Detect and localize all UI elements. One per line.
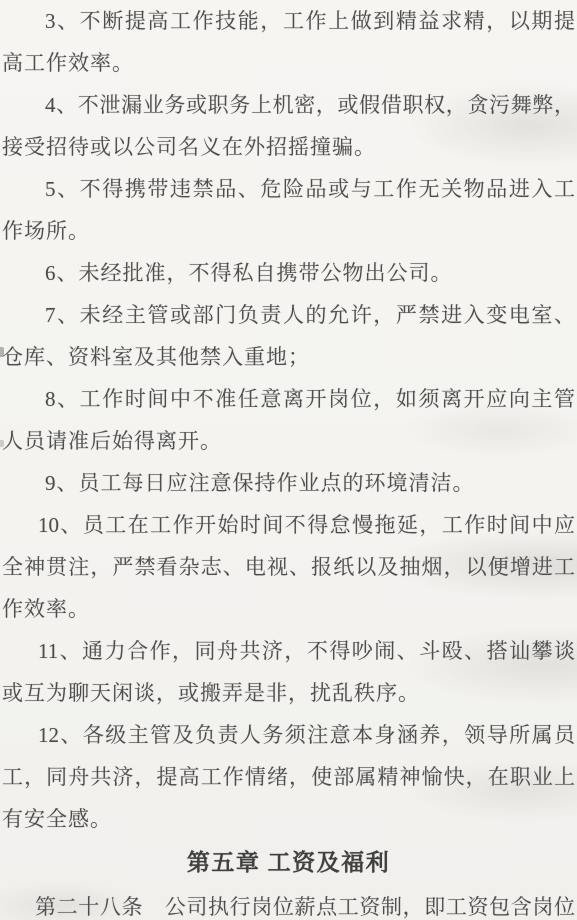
scanned-document-page: 3、不断提高工作技能，工作上做到精益求精，以期提 高工作效率。 4、不泄漏业务或… [0,0,577,920]
rule-12-line-3: 有安全感。 [0,798,577,840]
rule-3-line-1: 3、不断提高工作技能，工作上做到精益求精，以期提 [0,0,577,42]
rule-10-line-3: 作效率。 [0,588,577,630]
rule-7-line-2: 仓库、资料室及其他禁入重地； [0,336,577,378]
article-28-line-1: 第二十八条 公司执行岗位薪点工资制，即工资包含岗位 [0,886,577,920]
rule-11-line-1: 11、通力合作，同舟共济，不得吵闹、斗殴、搭讪攀谈 [0,630,577,672]
rule-8-line-1: 8、工作时间中不准任意离开岗位，如须离开应向主管 [0,378,577,420]
rule-11-line-2: 或互为聊天闲谈，或搬弄是非，扰乱秩序。 [0,672,577,714]
rule-12-line-1: 12、各级主管及负责人务须注意本身涵养，领导所属员 [0,714,577,756]
chapter-heading: 第五章 工资及福利 [0,840,577,886]
rule-4-line-1: 4、不泄漏业务或职务上机密，或假借职权，贪污舞弊， [0,84,577,126]
rule-10-line-2: 全神贯注，严禁看杂志、电视、报纸以及抽烟，以便增进工 [0,546,577,588]
rule-10-line-1: 10、员工在工作开始时间不得怠慢拖延，工作时间中应 [0,504,577,546]
rule-5-line-2: 作场所。 [0,210,577,252]
rule-3-line-2: 高工作效率。 [0,42,577,84]
rule-6-line-1: 6、未经批准，不得私自携带公物出公司。 [0,252,577,294]
rule-7-line-1: 7、未经主管或部门负责人的允许，严禁进入变电室、 [0,294,577,336]
rule-5-line-1: 5、不得携带违禁品、危险品或与工作无关物品进入工 [0,168,577,210]
rule-8-line-2: 人员请准后始得离开。 [0,420,577,462]
document-body: 3、不断提高工作技能，工作上做到精益求精，以期提 高工作效率。 4、不泄漏业务或… [0,0,577,920]
rule-9-line-1: 9、员工每日应注意保持作业点的环境清洁。 [0,462,577,504]
rule-12-line-2: 工，同舟共济，提高工作情绪，使部属精神愉快，在职业上 [0,756,577,798]
rule-4-line-2: 接受招待或以公司名义在外招摇撞骗。 [0,126,577,168]
